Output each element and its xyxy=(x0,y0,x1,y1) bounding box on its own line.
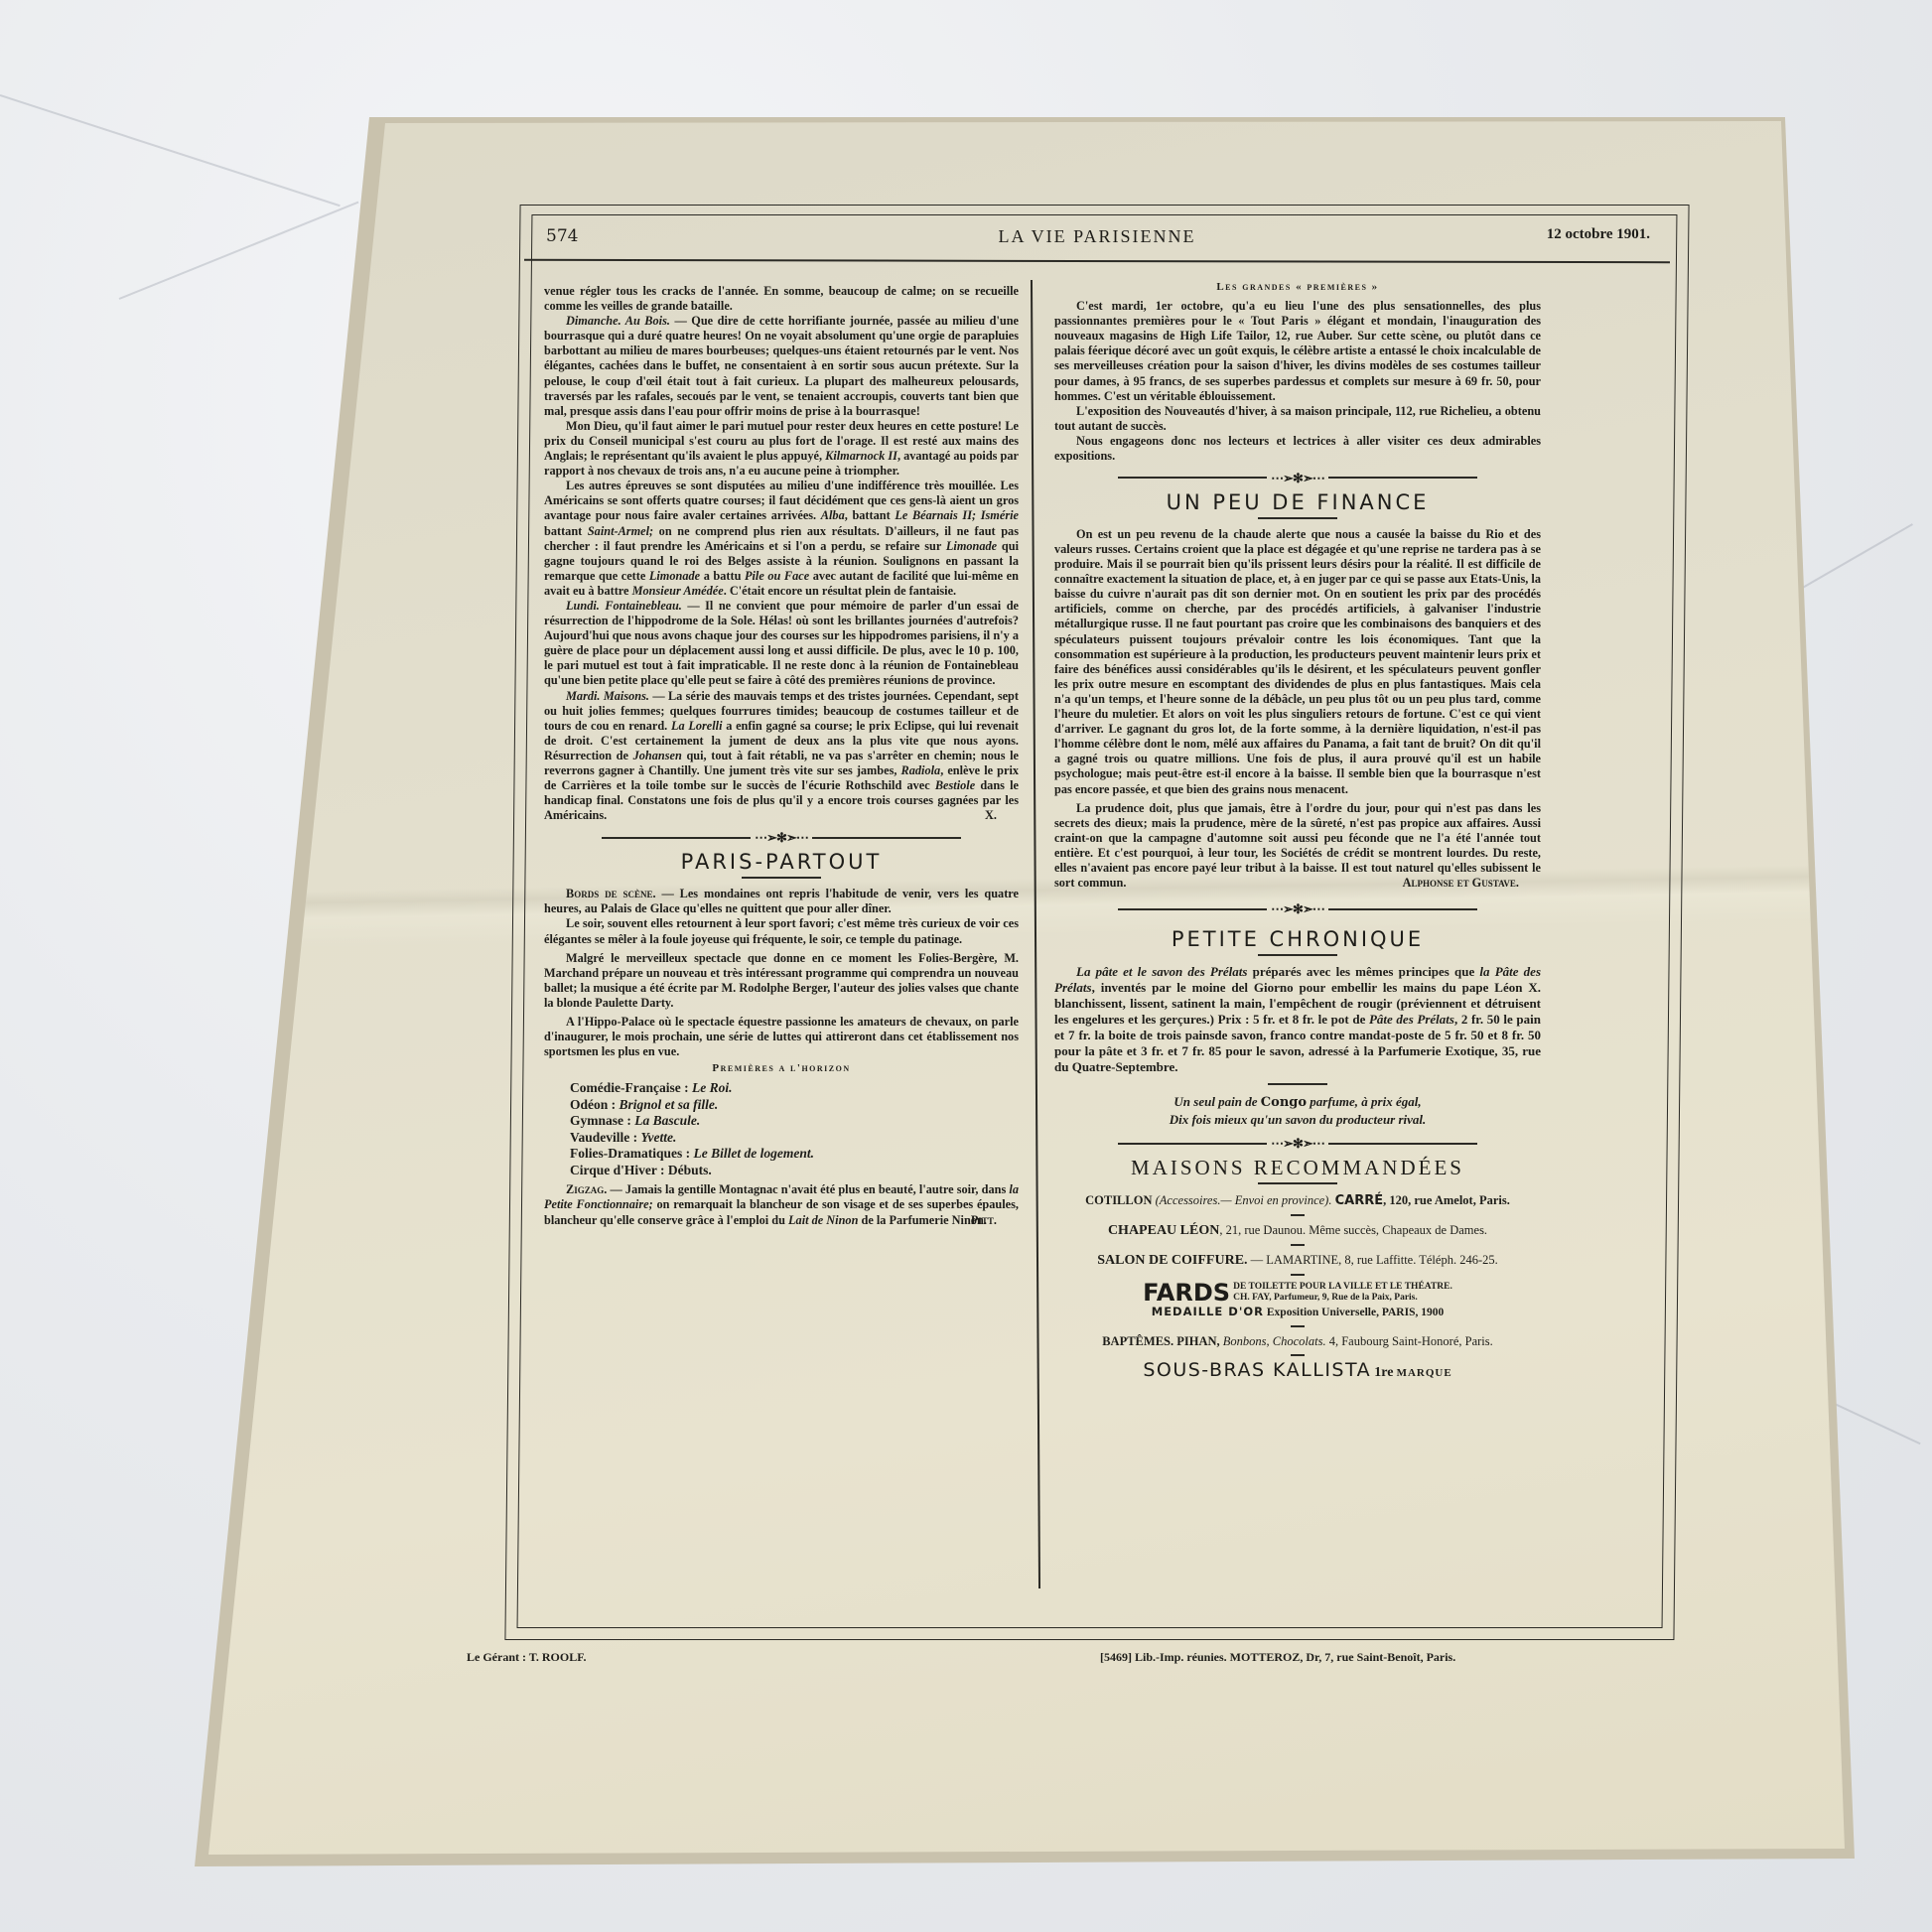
paris-paragraph: Zigzag. — Jamais la gentille Montagnac n… xyxy=(544,1182,1019,1227)
racing-paragraph: Mardi. Maisons. — La série des mauvais t… xyxy=(544,689,1019,824)
finance-signature: Alphonse et Gustave. xyxy=(1054,876,1541,891)
premieres-paragraph: Nous engageons donc nos lecteurs et lect… xyxy=(1054,434,1541,464)
ad-separator xyxy=(1291,1214,1305,1216)
paris-paragraph: Malgré le merveilleux spectacle que donn… xyxy=(544,951,1019,1011)
premiere-item: Folies-Dramatiques : Le Billet de logeme… xyxy=(544,1146,1019,1163)
short-rule xyxy=(1268,1083,1327,1085)
paris-paragraph: A l'Hippo-Palace où le spectacle équestr… xyxy=(544,1015,1019,1059)
ad-cotillon: COTILLON (Accessoires.— Envoi en provinc… xyxy=(1054,1192,1541,1209)
premieres-list: Comédie-Française : Le Roi. Odéon : Brig… xyxy=(544,1080,1019,1178)
title-underline xyxy=(1258,954,1337,956)
racing-day-lead: Lundi. Fontainebleau. xyxy=(566,599,682,613)
racing-paragraph: Mon Dieu, qu'il faut aimer le pari mutue… xyxy=(544,419,1019,479)
racing-day-lead: Dimanche. Au Bois. xyxy=(566,314,670,328)
finance-paragraph: On est un peu revenu de la chaude alerte… xyxy=(1054,527,1541,797)
ad-chapeau-leon: CHAPEAU LÉON, 21, rue Daunou. Même succè… xyxy=(1054,1222,1541,1239)
title-underline xyxy=(1258,1182,1337,1184)
premieres-paragraph: L'exposition des Nouveautés d'hiver, à s… xyxy=(1054,404,1541,434)
flourish-icon: ⋯➢✻➣⋯ xyxy=(1271,471,1324,485)
section-title-chronique: PETITE CHRONIQUE xyxy=(1054,926,1541,952)
racing-paragraph: Dimanche. Au Bois. — Que dire de cette h… xyxy=(544,314,1019,419)
ad-separator xyxy=(1291,1354,1305,1356)
premieres-heading: Les grandes « premières » xyxy=(1054,280,1541,295)
premiere-item: Gymnase : La Bascule. xyxy=(544,1113,1019,1130)
publication-title: LA VIE PARISIENNE xyxy=(526,226,1668,247)
ornament-divider: ⋯➢✻➣⋯ xyxy=(1054,1136,1541,1152)
right-column: Les grandes « premières » C'est mardi, 1… xyxy=(1054,280,1541,1381)
title-underline xyxy=(742,877,821,879)
premieres-paragraph: C'est mardi, 1er octobre, qu'a eu lieu l… xyxy=(1054,299,1541,404)
page-header: 574 LA VIE PARISIENNE 12 octobre 1901. xyxy=(526,220,1668,256)
ad-salon-coiffure: SALON DE COIFFURE. — LAMARTINE, 8, rue L… xyxy=(1054,1252,1541,1269)
premiere-item: Vaudeville : Yvette. xyxy=(544,1130,1019,1147)
racing-day-lead: Mardi. Maisons. xyxy=(566,689,649,703)
paris-paragraph: Le soir, souvent elles retournent à leur… xyxy=(544,916,1019,946)
chronique-paragraph: La pâte et le savon des Prélats préparés… xyxy=(1054,964,1541,1075)
ad-baptemes: BAPTÊMES. PIHAN, Bonbons, Chocolats. 4, … xyxy=(1054,1333,1541,1349)
premiere-item: Comédie-Française : Le Roi. xyxy=(544,1080,1019,1097)
ornament-divider: ⋯➢✻➣⋯ xyxy=(544,829,1019,845)
congo-slogan: Un seul pain de Congo parfume, à prix ég… xyxy=(1054,1093,1541,1128)
racing-signature: X. xyxy=(544,808,1019,823)
premieres-heading: Premières a l'horizon xyxy=(544,1061,1019,1076)
premiere-item: Cirque d'Hiver : Débuts. xyxy=(544,1163,1019,1179)
section-title-paris-partout: PARIS-PARTOUT xyxy=(544,849,1019,875)
section-title-maisons: MAISONS RECOMMANDÉES xyxy=(1054,1155,1541,1180)
left-column: venue régler tous les cracks de l'année.… xyxy=(544,284,1019,1228)
congo-brand: Congo xyxy=(1261,1095,1307,1110)
footer-manager: Le Gérant : T. ROOLF. xyxy=(467,1650,586,1665)
flourish-icon: ⋯➢✻➣⋯ xyxy=(1271,1136,1324,1151)
paris-paragraph: Bords de scène. — Les mondaines ont repr… xyxy=(544,887,1019,916)
ad-separator xyxy=(1291,1244,1305,1246)
flourish-icon: ⋯➢✻➣⋯ xyxy=(755,830,808,845)
footer-printer: [5469] Lib.-Imp. réunies. MOTTEROZ, Dr, … xyxy=(1100,1650,1455,1665)
premiere-item: Odéon : Brignol et sa fille. xyxy=(544,1097,1019,1114)
section-title-finance: UN PEU DE FINANCE xyxy=(1054,489,1541,515)
racing-paragraph: Lundi. Fontainebleau. — Il ne convient q… xyxy=(544,599,1019,689)
flourish-icon: ⋯➢✻➣⋯ xyxy=(1271,901,1324,916)
racing-paragraph: Les autres épreuves se sont disputées au… xyxy=(544,479,1019,599)
ad-kallista: SOUS-BRAS KALLISTA 1re MARQUE xyxy=(1054,1362,1541,1381)
ornament-divider: ⋯➢✻➣⋯ xyxy=(1054,900,1541,916)
issue-date: 12 octobre 1901. xyxy=(1547,226,1650,243)
ad-fards: FARDS DE TOILETTE POUR LA VILLE ET LE TH… xyxy=(1054,1282,1541,1320)
racing-paragraph: venue régler tous les cracks de l'année.… xyxy=(544,284,1019,314)
ad-separator xyxy=(1291,1325,1305,1327)
ornament-divider: ⋯➢✻➣⋯ xyxy=(1054,470,1541,485)
title-underline xyxy=(1258,517,1337,519)
ad-separator xyxy=(1291,1274,1305,1276)
